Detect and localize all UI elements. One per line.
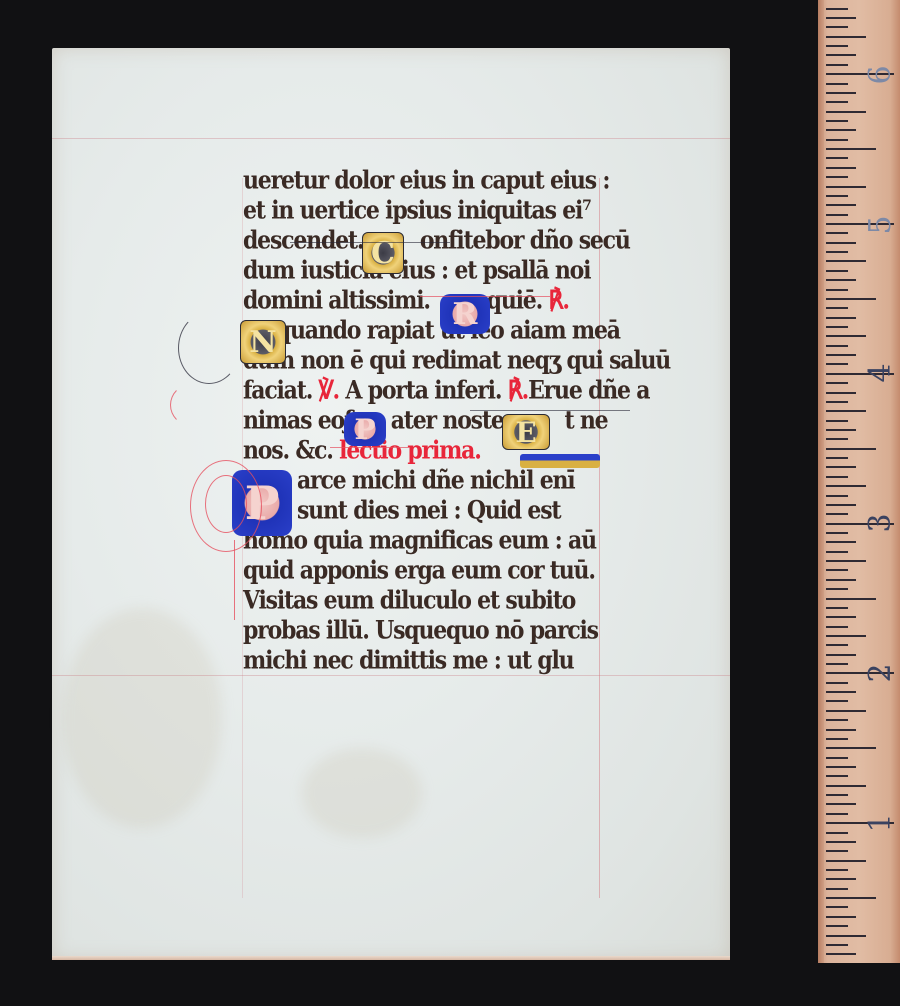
ruler-label-3: 3 [864,506,898,540]
ruler-label-4: 4 [864,356,898,390]
ruler-tick [826,54,856,56]
penwork-flourish [205,475,247,533]
ruler-tick [826,700,848,702]
ruler-tick [826,588,848,590]
ruler-tick [826,466,856,468]
ruler-tick [826,410,866,412]
ruler-tick [826,457,848,459]
ruler-tick [826,251,848,253]
penwork-flourish [470,410,630,411]
illuminated-initial-n: N [240,320,286,364]
ruler-tick [826,139,848,141]
ruler-tick [826,878,856,880]
ruler-tick [826,64,848,66]
ruler-tick [826,569,848,571]
ruler-tick [826,626,848,628]
illuminated-initial-c: C [362,232,404,274]
ruler-tick [826,560,866,562]
ruler-tick [826,897,876,899]
ruler-tick [826,775,848,777]
penwork-flourish [178,312,240,384]
penwork-flourish [330,447,410,448]
parchment-stain [302,748,422,838]
illuminated-initial-e: E [502,414,550,450]
ruler-tick [826,850,848,852]
ruler-tick [826,307,848,309]
ruler-tick [826,541,856,543]
ruler-tick [826,289,848,291]
ruler-tick [826,532,848,534]
ruler-tick [826,906,848,908]
ruler-tick [826,476,848,478]
ruler-tick [826,45,848,47]
ruler-tick [826,757,848,759]
ruler-tick [826,429,856,431]
ruler-tick [826,663,848,665]
parchment-stain [62,608,222,828]
ruler-tick [826,335,866,337]
ruler-tick [826,869,848,871]
ruler-tick [826,317,856,319]
ruler-tick [826,214,848,216]
ruler-tick [826,504,856,506]
penwork-flourish [290,242,450,243]
ruler-tick [826,860,866,862]
ruler-tick [826,157,848,159]
ruler-tick [826,644,848,646]
ruler-label-2: 2 [864,656,898,690]
ruler-tick [826,26,848,28]
ruler-tick [826,270,848,272]
penwork-flourish [234,540,235,620]
ruler-tick [826,654,856,656]
ruler-tick [826,83,848,85]
inch-ruler: 6 5 4 3 2 1 [818,0,900,963]
ruler-tick [826,167,856,169]
ruling-line [599,178,600,898]
ruler-tick [826,326,848,328]
ruler-tick [826,813,848,815]
ruler-tick [826,738,848,740]
ruler-tick [826,888,848,890]
ruler-tick [826,803,856,805]
ruler-tick [826,485,866,487]
ruler-tick [826,832,848,834]
penwork-flourish [420,296,550,297]
ruler-tick [826,8,848,10]
ruler-edge [818,0,824,963]
ruler-tick [826,944,848,946]
ruler-tick [826,129,856,131]
ruler-tick [826,186,866,188]
ruler-tick [826,551,848,553]
ruler-tick [826,691,856,693]
ruler-tick [826,92,856,94]
ruler-tick [826,148,876,150]
ruler-tick [826,719,848,721]
ruler-tick [826,401,848,403]
ruler-label-1: 1 [864,806,898,840]
line-filler [520,454,600,468]
ruler-tick [826,101,848,103]
ruler-tick [826,766,856,768]
ruler-tick [826,495,848,497]
ruler-tick [826,448,876,450]
ruler-tick [826,925,848,927]
ruler-tick [826,195,848,197]
ruling-line [52,138,730,139]
ruler-tick [826,232,848,234]
ruler-tick [826,635,866,637]
ruler-tick [826,841,856,843]
penwork-flourish [170,384,212,426]
ruler-label-5: 5 [864,208,898,242]
ruler-tick [826,794,848,796]
ruler-tick [826,607,848,609]
ruler-tick [826,345,848,347]
ruler-tick [826,579,856,581]
ruler-tick [826,598,876,600]
ruler-tick [826,363,848,365]
ruler-tick [826,36,866,38]
illuminated-initial-p-small: P [344,412,386,446]
illuminated-initial-r: R [440,294,490,334]
ruler-tick [826,935,866,937]
ruler-tick [826,111,866,113]
ruler-tick [826,616,856,618]
ruler-tick [826,420,848,422]
ruler-tick [826,438,848,440]
ruler-tick [826,120,848,122]
ruler-tick [826,204,856,206]
text-line: michi nec dimittis me : ut glu [243,646,573,681]
ruler-tick [826,354,856,356]
ruler-tick [826,953,856,955]
ruler-tick [826,176,848,178]
ruler-tick [826,382,848,384]
ruler-tick [826,242,856,244]
ruler-tick [826,298,876,300]
ruler-tick [826,260,866,262]
ruler-tick [826,392,856,394]
ruler-tick [826,279,856,281]
ruler-tick [826,916,856,918]
ruler-label-6: 6 [864,58,898,92]
ruler-tick [826,729,856,731]
ruler-tick [826,785,866,787]
ruler-tick [826,747,876,749]
ruler-tick [826,17,856,19]
ruler-tick [826,513,848,515]
ruler-tick [826,682,848,684]
ruler-tick [826,710,866,712]
